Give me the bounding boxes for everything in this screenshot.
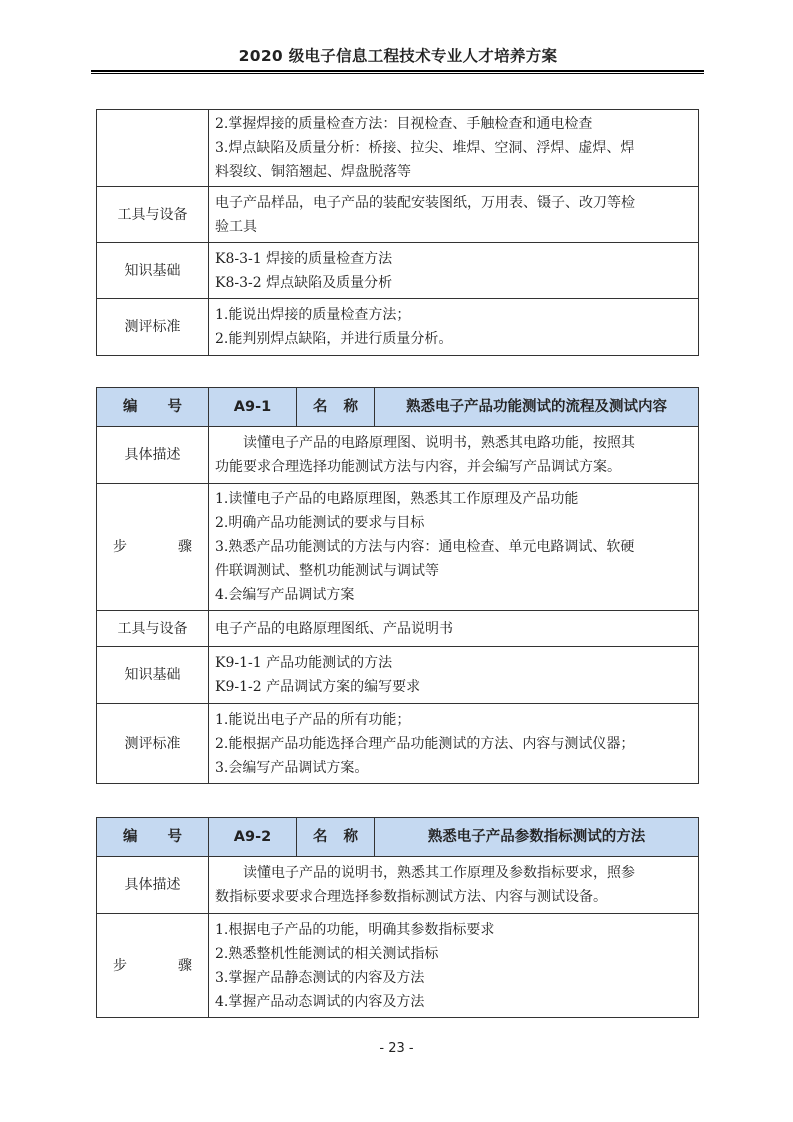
- step-line: 1.读懂电子产品的电路原理图，熟悉其工作原理及产品功能: [215, 487, 692, 511]
- steps-label-empty: [97, 110, 209, 187]
- card-id: A9-2: [209, 818, 297, 857]
- tools-label: 工具与设备: [97, 611, 209, 647]
- step-line: 2.掌握焊接的质量检查方法：目视检查、手触检查和通电检查: [215, 112, 692, 136]
- evaluation-line: 2.能判别焊点缺陷，并进行质量分析。: [215, 327, 692, 351]
- steps-content: 1.根据电子产品的功能，明确其参数指标要求 2.熟悉整机性能测试的相关测试指标 …: [209, 914, 699, 1018]
- step-line: 件联调测试、整机功能测试与调试等: [215, 559, 692, 583]
- step-line: 4.会编写产品调试方案: [215, 583, 692, 607]
- knowledge-line: K9-1-2 产品调试方案的编写要求: [215, 675, 692, 699]
- id-label: 编号: [97, 388, 209, 427]
- steps-content: 2.掌握焊接的质量检查方法：目视检查、手触检查和通电检查 3.焊点缺陷及质量分析…: [209, 110, 699, 187]
- description-line: 读懂电子产品的电路原理图、说明书，熟悉其电路功能，按照其: [215, 431, 692, 455]
- step-line: 3.掌握产品静态测试的内容及方法: [215, 966, 692, 990]
- competency-card-continued: 2.掌握焊接的质量检查方法：目视检查、手触检查和通电检查 3.焊点缺陷及质量分析…: [96, 109, 699, 356]
- evaluation-line: 3.会编写产品调试方案。: [215, 756, 692, 780]
- tools-content: 电子产品样品，电子产品的装配安装图纸，万用表、镊子、改刀等检 验工具: [209, 187, 699, 243]
- row-description: 具体描述 读懂电子产品的说明书，熟悉其工作原理及参数指标要求，照参 数指标要求要…: [97, 857, 699, 914]
- knowledge-content: K8-3-1 焊接的质量检查方法 K8-3-2 焊点缺陷及质量分析: [209, 243, 699, 299]
- knowledge-label: 知识基础: [97, 243, 209, 299]
- evaluation-content: 1.能说出焊接的质量检查方法； 2.能判别焊点缺陷，并进行质量分析。: [209, 299, 699, 356]
- row-knowledge: 知识基础 K9-1-1 产品功能测试的方法 K9-1-2 产品调试方案的编写要求: [97, 647, 699, 704]
- evaluation-line: 1.能说出焊接的质量检查方法；: [215, 303, 692, 327]
- tools-line: 电子产品的电路原理图纸、产品说明书: [215, 617, 692, 641]
- evaluation-label: 测评标准: [97, 704, 209, 784]
- competency-card-a9-1: 编号 A9-1 名称 熟悉电子产品功能测试的流程及测试内容 具体描述 读懂电子产…: [96, 387, 699, 784]
- competency-card-a9-2: 编号 A9-2 名称 熟悉电子产品参数指标测试的方法 具体描述 读懂电子产品的说…: [96, 817, 699, 1018]
- steps-label: 步骤: [97, 484, 209, 611]
- description-label: 具体描述: [97, 857, 209, 914]
- step-line: 3.焊点缺陷及质量分析：桥接、拉尖、堆焊、空洞、浮焊、虚焊、焊: [215, 136, 692, 160]
- row-steps: 步骤 1.读懂电子产品的电路原理图，熟悉其工作原理及产品功能 2.明确产品功能测…: [97, 484, 699, 611]
- row-steps: 2.掌握焊接的质量检查方法：目视检查、手触检查和通电检查 3.焊点缺陷及质量分析…: [97, 110, 699, 187]
- row-description: 具体描述 读懂电子产品的电路原理图、说明书，熟悉其电路功能，按照其 功能要求合理…: [97, 427, 699, 484]
- evaluation-label: 测评标准: [97, 299, 209, 356]
- evaluation-line: 1.能说出电子产品的所有功能；: [215, 708, 692, 732]
- name-label: 名称: [297, 388, 375, 427]
- card-id: A9-1: [209, 388, 297, 427]
- step-line: 4.掌握产品动态调试的内容及方法: [215, 990, 692, 1014]
- step-line: 料裂纹、铜箔翘起、焊盘脱落等: [215, 160, 692, 184]
- step-line: 2.熟悉整机性能测试的相关测试指标: [215, 942, 692, 966]
- step-line: 3.熟悉产品功能测试的方法与内容：通电检查、单元电路调试、软硬: [215, 535, 692, 559]
- description-line: 数指标要求要求合理选择参数指标测试方法、内容与测试设备。: [215, 885, 692, 909]
- knowledge-content: K9-1-1 产品功能测试的方法 K9-1-2 产品调试方案的编写要求: [209, 647, 699, 704]
- header-double-rule: [91, 70, 704, 74]
- row-steps: 步骤 1.根据电子产品的功能，明确其参数指标要求 2.熟悉整机性能测试的相关测试…: [97, 914, 699, 1018]
- tools-label: 工具与设备: [97, 187, 209, 243]
- description-label: 具体描述: [97, 427, 209, 484]
- step-line: 1.根据电子产品的功能，明确其参数指标要求: [215, 918, 692, 942]
- knowledge-line: K9-1-1 产品功能测试的方法: [215, 651, 692, 675]
- card-name: 熟悉电子产品功能测试的流程及测试内容: [375, 388, 699, 427]
- page-number: - 23 -: [0, 1041, 793, 1056]
- row-tools: 工具与设备 电子产品的电路原理图纸、产品说明书: [97, 611, 699, 647]
- description-line: 功能要求合理选择功能测试方法与内容，并会编写产品调试方案。: [215, 455, 692, 479]
- steps-content: 1.读懂电子产品的电路原理图，熟悉其工作原理及产品功能 2.明确产品功能测试的要…: [209, 484, 699, 611]
- knowledge-line: K8-3-1 焊接的质量检查方法: [215, 247, 692, 271]
- page-header-title: 2020 级电子信息工程技术专业人才培养方案: [93, 44, 703, 66]
- card-header-row: 编号 A9-2 名称 熟悉电子产品参数指标测试的方法: [97, 818, 699, 857]
- evaluation-content: 1.能说出电子产品的所有功能； 2.能根据产品功能选择合理产品功能测试的方法、内…: [209, 704, 699, 784]
- tools-line: 验工具: [215, 215, 692, 239]
- steps-label: 步骤: [97, 914, 209, 1018]
- row-evaluation: 测评标准 1.能说出焊接的质量检查方法； 2.能判别焊点缺陷，并进行质量分析。: [97, 299, 699, 356]
- description-line: 读懂电子产品的说明书，熟悉其工作原理及参数指标要求，照参: [215, 861, 692, 885]
- knowledge-line: K8-3-2 焊点缺陷及质量分析: [215, 271, 692, 295]
- description-content: 读懂电子产品的电路原理图、说明书，熟悉其电路功能，按照其 功能要求合理选择功能测…: [209, 427, 699, 484]
- row-evaluation: 测评标准 1.能说出电子产品的所有功能； 2.能根据产品功能选择合理产品功能测试…: [97, 704, 699, 784]
- tools-line: 电子产品样品，电子产品的装配安装图纸，万用表、镊子、改刀等检: [215, 191, 692, 215]
- tools-content: 电子产品的电路原理图纸、产品说明书: [209, 611, 699, 647]
- description-content: 读懂电子产品的说明书，熟悉其工作原理及参数指标要求，照参 数指标要求要求合理选择…: [209, 857, 699, 914]
- name-label: 名称: [297, 818, 375, 857]
- row-tools: 工具与设备 电子产品样品，电子产品的装配安装图纸，万用表、镊子、改刀等检 验工具: [97, 187, 699, 243]
- knowledge-label: 知识基础: [97, 647, 209, 704]
- row-knowledge: 知识基础 K8-3-1 焊接的质量检查方法 K8-3-2 焊点缺陷及质量分析: [97, 243, 699, 299]
- card-name: 熟悉电子产品参数指标测试的方法: [375, 818, 699, 857]
- card-header-row: 编号 A9-1 名称 熟悉电子产品功能测试的流程及测试内容: [97, 388, 699, 427]
- id-label: 编号: [97, 818, 209, 857]
- step-line: 2.明确产品功能测试的要求与目标: [215, 511, 692, 535]
- evaluation-line: 2.能根据产品功能选择合理产品功能测试的方法、内容与测试仪器；: [215, 732, 692, 756]
